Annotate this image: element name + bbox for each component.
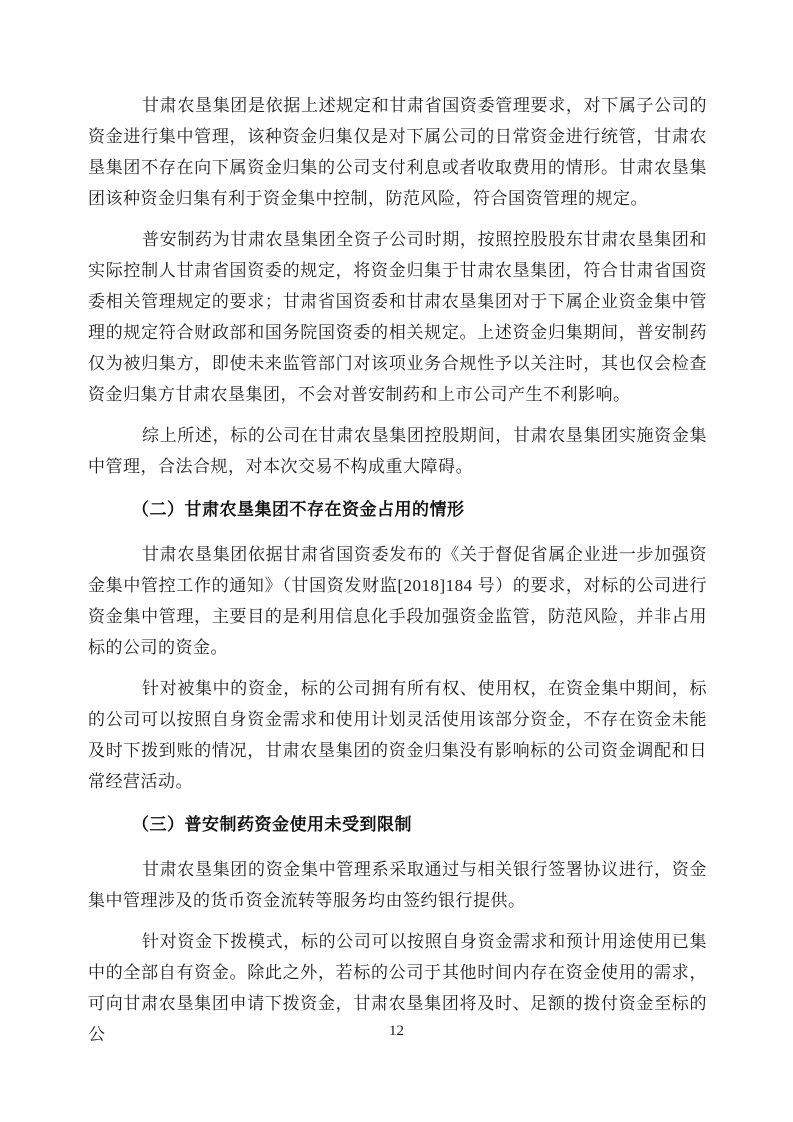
section-heading: （三）普安制药资金使用未受到限制: [88, 809, 707, 840]
page-number: 12: [389, 1023, 404, 1039]
body-paragraph: 综上所述，标的公司在甘肃农垦集团控股期间，甘肃农垦集团实施资金集中管理，合法合规…: [88, 420, 707, 482]
body-paragraph: 甘肃农垦集团的资金集中管理系采取通过与相关银行签署协议进行，资金集中管理涉及的货…: [88, 854, 707, 916]
body-paragraph: 甘肃农垦集团是依据上述规定和甘肃省国资委管理要求，对下属子公司的资金进行集中管理…: [88, 90, 707, 214]
document-page: 甘肃农垦集团是依据上述规定和甘肃省国资委管理要求，对下属子公司的资金进行集中管理…: [0, 0, 793, 1122]
body-paragraph: 针对被集中的资金，标的公司拥有所有权、使用权，在资金集中期间，标的公司可以按照自…: [88, 673, 707, 797]
body-paragraph: 普安制药为甘肃农垦集团全资子公司时期，按照控股股东甘肃农垦集团和实际控制人甘肃省…: [88, 224, 707, 410]
body-paragraph: 甘肃农垦集团依据甘肃省国资委发布的《关于督促省属企业进一步加强资金集中管控工作的…: [88, 539, 707, 663]
section-heading: （二）甘肃农垦集团不存在资金占用的情形: [88, 494, 707, 525]
page-footer: 12: [0, 1022, 793, 1040]
document-body: 甘肃农垦集团是依据上述规定和甘肃省国资委管理要求，对下属子公司的资金进行集中管理…: [88, 90, 707, 1060]
